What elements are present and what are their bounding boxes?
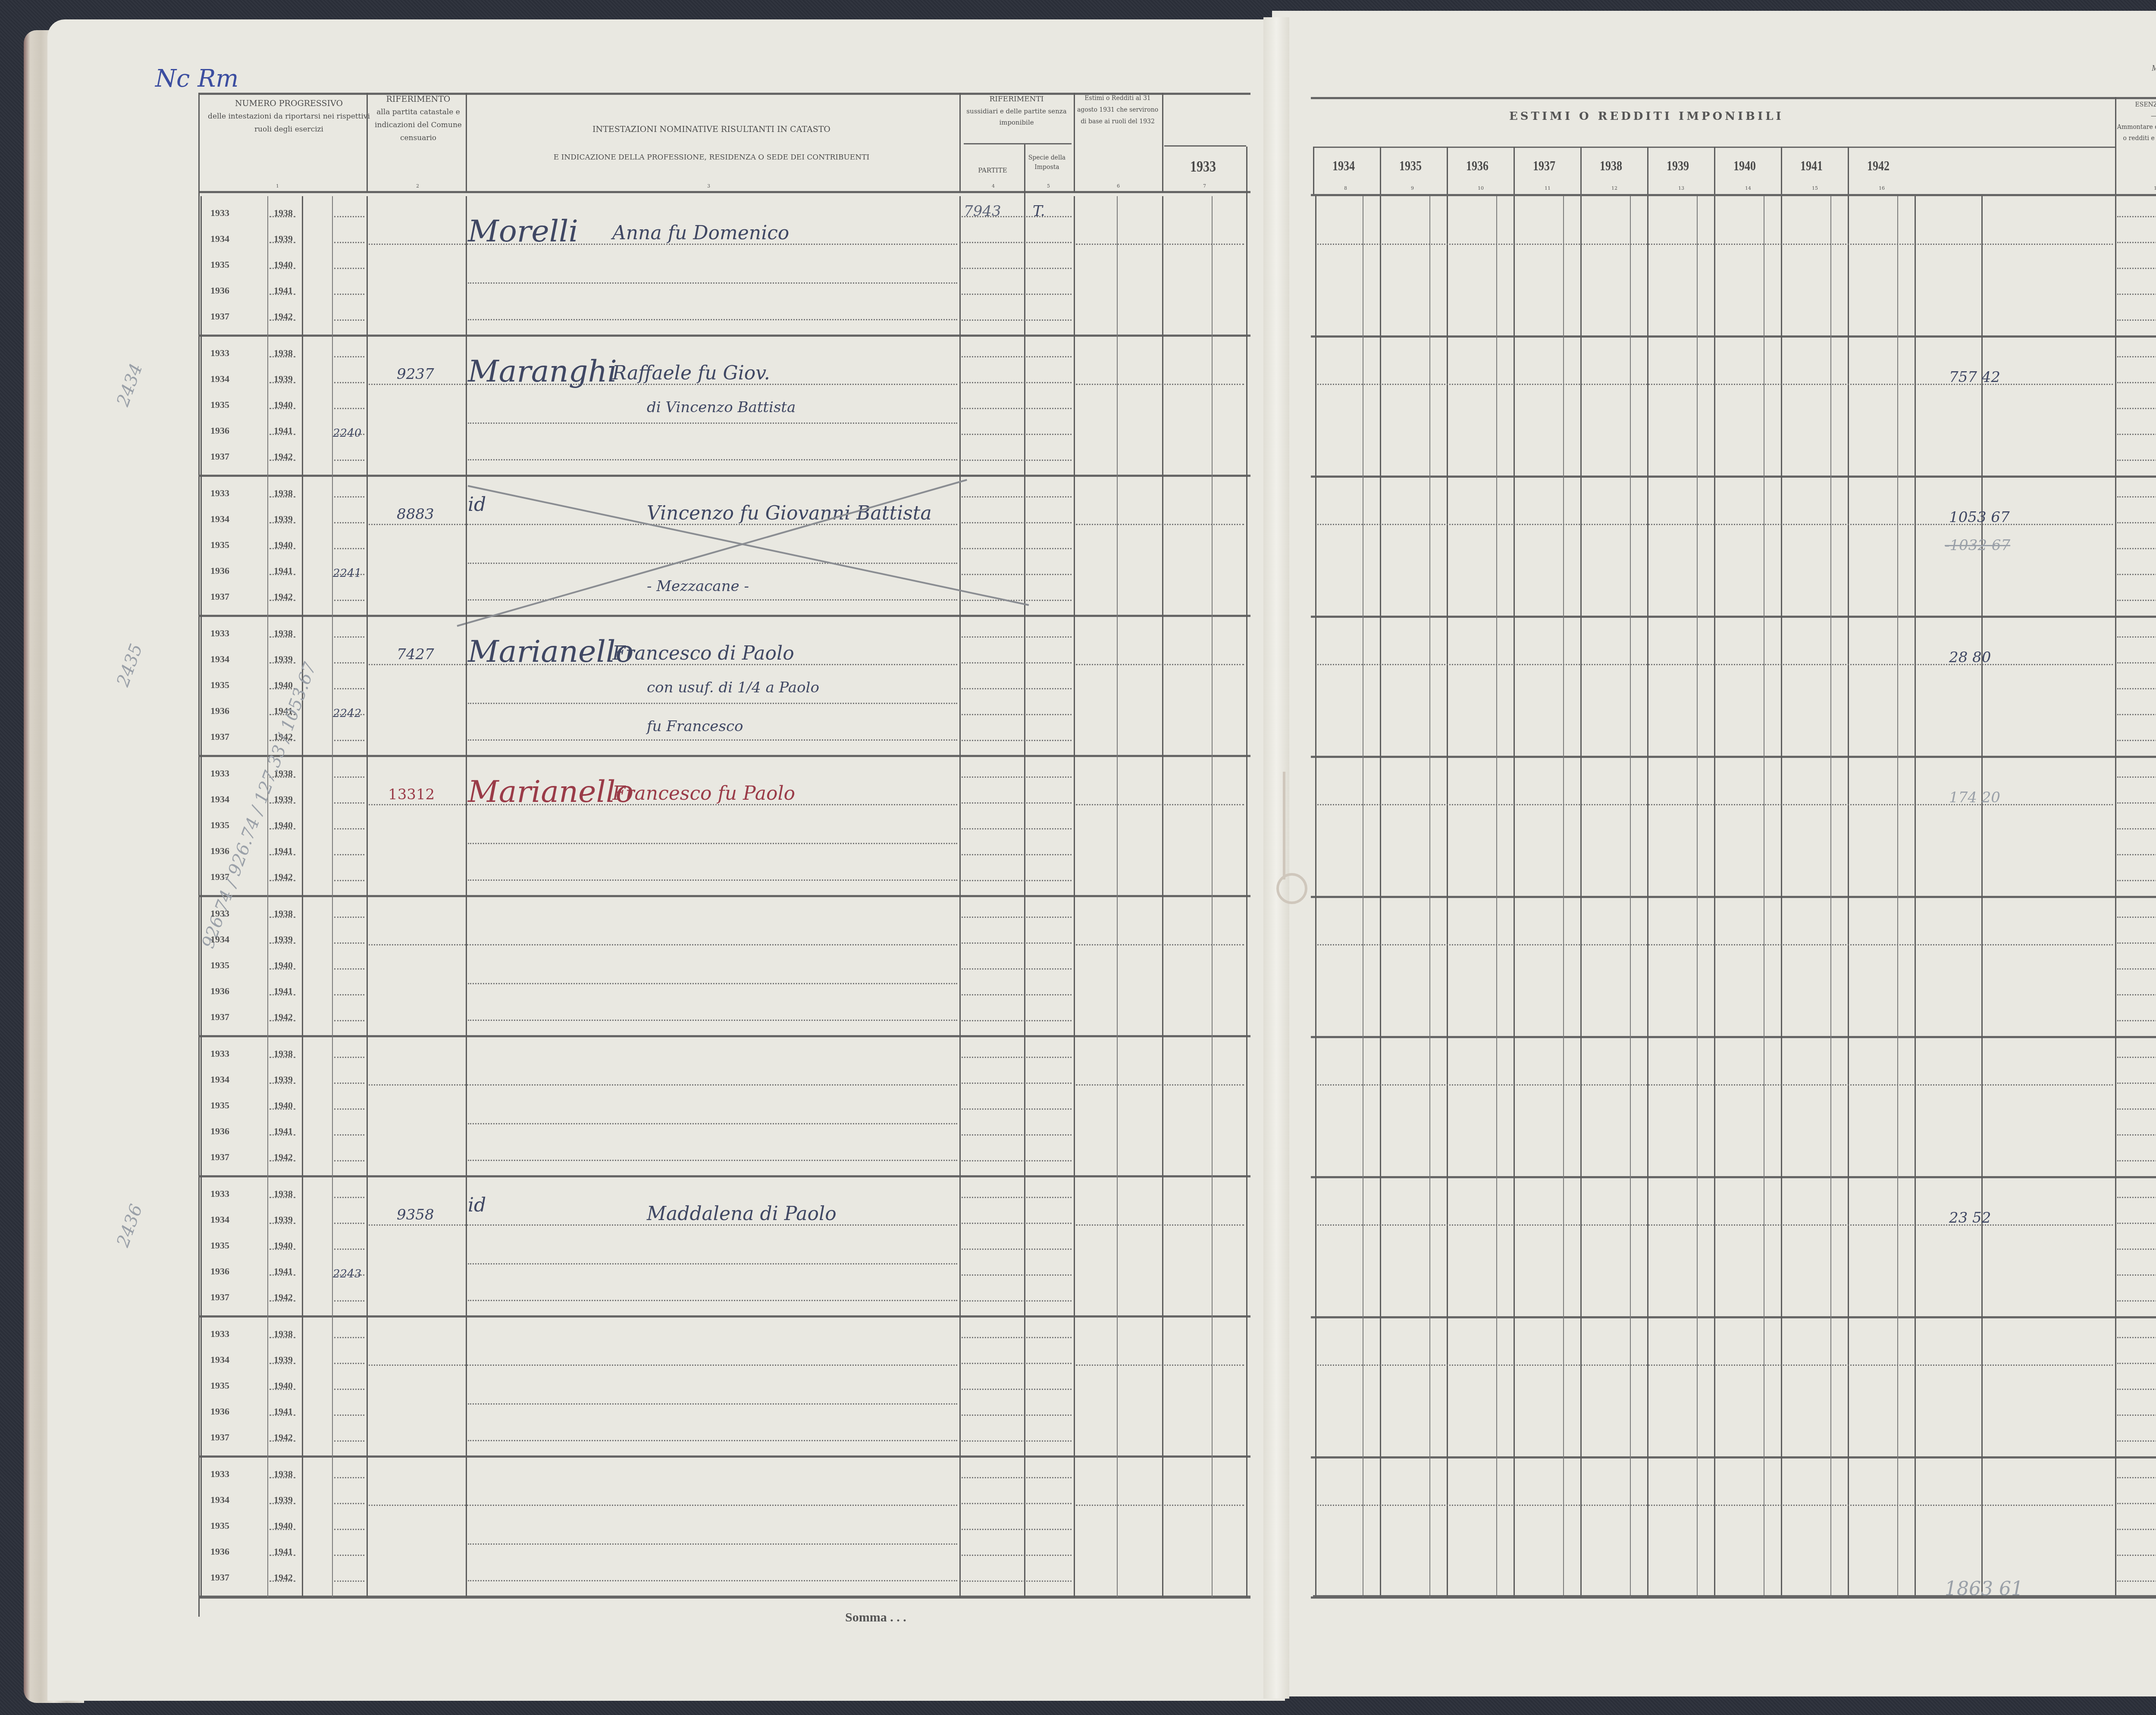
dotted-rule [1076,244,1244,245]
grid-subcol-line [1429,336,1430,476]
dotted-rule [334,1529,364,1530]
dotted-rule [962,408,1072,409]
progressive-number-note: 2242 [333,707,361,720]
grid-col-line [1162,1177,1163,1317]
grid-col-line [1848,897,1849,1037]
grid-col-line [1714,757,1715,897]
year-col-divider [1647,147,1648,194]
dotted-rule [468,599,957,601]
year-label: 1933 [210,1048,229,1059]
dotted-rule [2117,994,2156,995]
year-label: 1936 [210,1546,229,1557]
grid-col-line [1981,336,1983,476]
dotted-rule [1076,664,1244,665]
grid-col-line [1714,196,1715,336]
col45-header: RIFERIMENTI sussidiari e delle partite s… [962,93,1072,128]
year-col-divider [1380,147,1381,194]
grid-col-line [367,1177,368,1317]
dotted-rule [269,1415,295,1416]
year-label: 1937 [210,1292,229,1303]
grid-col-line [2115,196,2116,336]
progressive-number-note: 2241 [333,567,361,580]
grid-col-line [1981,196,1983,336]
grid-col-line [1447,1457,1448,1597]
dotted-rule [334,1134,364,1136]
dotted-rule [962,1555,1072,1556]
grid-subcol-line [1496,1457,1497,1597]
grid-col-line [1315,757,1316,897]
dotted-rule [269,854,295,855]
grid-col-line [1447,1177,1448,1317]
grid-subcol-line [1429,1037,1430,1177]
entry-separator-right [1311,616,2156,618]
grid-col-line [466,1177,467,1317]
grid-col-line [302,1177,303,1317]
column-number: 8 [1344,185,1347,191]
grid-subcol-line [1117,336,1118,476]
grid-col-line [1647,1037,1648,1177]
grid-subcol-line [1496,1177,1497,1317]
grid-col-line [1580,336,1582,476]
dotted-rule [334,460,364,461]
dotted-rule [334,1057,364,1058]
dotted-rule [269,548,295,549]
grid-col-line [959,1317,961,1457]
year-label: 1935 [210,960,229,971]
grid-col-line [1514,476,1515,617]
year-label: 1933 [210,488,229,499]
grid-col-line [1848,336,1849,476]
grid-subcol-line [1830,1457,1831,1597]
dotted-rule [334,242,364,243]
grid-col-line [959,1177,961,1317]
grid-col-line [1848,757,1849,897]
year-label: 1934 [210,654,229,665]
grid-col-line [1714,897,1715,1037]
grid-subcol-line [1897,897,1898,1037]
year-label: 1933 [210,1468,229,1480]
binding-thread-loop [1276,873,1307,904]
dotted-rule [962,828,1072,829]
grid-subcol-line [1697,617,1698,757]
given-name: Raffaele fu Giov. [612,362,770,384]
dotted-rule [468,422,957,424]
column-number: 13 [1678,185,1684,191]
grid-col-line [367,336,368,476]
dotted-rule [269,600,295,601]
grid-col-line [1647,1457,1648,1597]
grid-col-line [1848,1177,1849,1317]
grid-col-line [1162,1037,1163,1177]
grid-subcol-line [1764,1177,1764,1317]
year-label: 1935 [210,259,229,270]
somma-line-right [1313,1595,2156,1596]
grid-subcol-line [1363,196,1363,336]
year-label: 1934 [210,233,229,244]
dotted-rule [1076,1505,1244,1506]
dotted-rule [2117,434,2156,435]
dotted-rule [468,1403,957,1405]
grid-col-line [959,897,961,1037]
grid-col-line [1714,1457,1715,1597]
dotted-rule [2117,1529,2156,1530]
grid-subcol-line [1363,1177,1363,1317]
col2-subtitle: alla partita catastale e indicazioni del… [371,106,466,144]
grid-col-line [201,1457,202,1597]
grid-col-line [1246,1037,1247,1177]
grid-subcol-line [1496,476,1497,617]
grid-col-line [267,476,268,617]
dotted-rule [269,1197,295,1198]
entry-detail-line: - Mezzacane - [647,578,749,595]
dotted-rule [2117,917,2156,918]
dotted-rule [2117,1440,2156,1442]
dotted-rule [2117,1057,2156,1058]
grid-col-line [1246,196,1247,336]
grid-col-line [1246,1457,1247,1597]
dotted-rule [962,662,1072,663]
dotted-rule [269,242,295,243]
dotted-rule [962,1160,1072,1161]
year-label: 1936 [210,845,229,857]
grid-col-line [959,1457,961,1597]
dotted-rule [962,1134,1072,1136]
grid-subcol-line [1697,1317,1698,1457]
dotted-rule [2117,1415,2156,1416]
dotted-rule [962,1580,1072,1582]
grid-col-line [302,1457,303,1597]
entry-separator-right [1311,1316,2156,1318]
grid-subcol-line [1630,617,1631,757]
grid-col-line [466,757,467,897]
dotted-rule [2117,1249,2156,1250]
dotted-rule [962,854,1072,855]
dotted-rule [2117,319,2156,321]
dotted-rule [962,740,1072,741]
col6-label: Estimi o Redditi al 31 agosto 1931 che s… [1075,93,1161,128]
grid-col-line [201,617,202,757]
grid-col-line [1915,1457,1916,1597]
entry-separator-right [1311,335,2156,338]
grid-subcol-line [1897,757,1898,897]
column-number: 5 [1047,183,1050,189]
dotted-rule [1317,244,2113,245]
grid-col-line [1580,617,1582,757]
dotted-rule [2117,942,2156,944]
dotted-rule [334,1337,364,1338]
grid-col-line [1514,1457,1515,1597]
grid-subcol-line [1117,897,1118,1037]
grid-col-line [1074,1037,1075,1177]
grid-col-line [1781,1037,1782,1177]
grid-col-line [1647,336,1648,476]
dotted-rule [962,1223,1072,1224]
grid-subcol-line [1697,196,1698,336]
grid-col-line [1074,196,1075,336]
dotted-rule [2117,1477,2156,1478]
grid-col-line [201,1177,202,1317]
year-label: 1935 [210,820,229,831]
dotted-rule [468,459,957,460]
year-header-1934: 1934 [1332,158,1355,174]
somma-1941-value: 1863 61 [1945,1578,2023,1600]
grid-subcol-line [1563,757,1564,897]
grid-col-line [1315,1317,1316,1457]
year-label: 1934 [210,1354,229,1365]
dotted-rule [1076,1224,1244,1226]
grid-col-line [1848,1317,1849,1457]
grid-col-line [1162,757,1163,897]
form-top-border-right [1311,97,2156,99]
grid-col-line [1915,1317,1916,1457]
grid-subcol-line [1363,1317,1363,1457]
grid-col-line [1981,1457,1983,1597]
dotted-rule [334,496,364,498]
dotted-rule [962,319,1072,321]
dotted-rule [2117,828,2156,829]
grid-col-line [1580,897,1582,1037]
grid-subcol-line [1697,1177,1698,1317]
grid-subcol-line [1764,196,1764,336]
grid-col-line [367,897,368,1037]
dotted-rule [334,828,364,829]
grid-col-line [302,1317,303,1457]
somma-line [198,1597,1250,1599]
dotted-rule [468,1263,957,1264]
grid-subcol-line [1212,476,1213,617]
dotted-rule [269,1529,295,1530]
dotted-rule [1317,1505,2113,1506]
col3-subtitle: E INDICAZIONE DELLA PROFESSIONE, RESIDEN… [470,151,953,164]
column-number: 3 [707,183,710,189]
grid-col-line [332,1037,333,1177]
grid-col-line [332,1177,333,1317]
dotted-rule [269,382,295,383]
grid-col-line [1714,1177,1715,1317]
dotted-rule [2117,1134,2156,1136]
grid-col-line [302,476,303,617]
grid-col-line [201,1037,202,1177]
grid-col-line [1447,336,1448,476]
column-number: 1 [276,183,279,189]
grid-col-line [1714,617,1715,757]
dotted-rule [369,944,957,945]
grid-col-line [1380,196,1381,336]
grid-col-line [332,1457,333,1597]
grid-subcol-line [1830,897,1831,1037]
grid-col-line [1514,1037,1515,1177]
col17-title: ESENZIONI [2115,99,2156,110]
column-number: 14 [1745,185,1751,191]
grid-col-line [1981,757,1983,897]
dotted-rule [962,688,1072,689]
grid-subcol-line [1496,1317,1497,1457]
year-label: 1937 [210,1432,229,1443]
grid-subcol-line [1212,1177,1213,1317]
dotted-rule [269,1083,295,1084]
grid-col-line [302,897,303,1037]
grid-col-line [466,617,467,757]
dotted-rule [334,1197,364,1198]
grid-subcol-line [1429,1317,1430,1457]
grid-subcol-line [1429,757,1430,897]
year-label: 1937 [210,1152,229,1163]
dotted-rule [2117,776,2156,778]
dotted-rule [962,434,1072,435]
grid-subcol-line [1897,1177,1898,1317]
dotted-rule [334,740,364,741]
grid-col-line [1915,336,1916,476]
grid-col-line [1647,196,1648,336]
grid-subcol-line [1764,1457,1764,1597]
dotted-rule [269,1580,295,1582]
grid-col-line [1246,476,1247,617]
year-label: 1937 [210,451,229,462]
surname: Marianello [468,774,633,809]
dotted-rule [468,983,957,984]
dotted-rule [269,408,295,409]
dotted-rule [468,282,957,284]
grid-subcol-line [1117,476,1118,617]
grid-col-line [201,196,202,336]
dotted-rule [269,434,295,435]
grid-col-line [1162,336,1163,476]
grid-col-line [332,617,333,757]
grid-col-line [332,196,333,336]
year-label: 1937 [210,731,229,742]
dotted-rule [962,548,1072,549]
year-label: 1933 [210,768,229,779]
grid-subcol-line [1697,476,1698,617]
grid-col-line [367,1317,368,1457]
catasto-reference: 13312 [388,786,435,803]
col1-subtitle: delle intestazioni da riportarsi nei ris… [207,110,371,136]
dotted-rule [2117,1503,2156,1504]
grid-subcol-line [1897,617,1898,757]
year-label: 1933 [210,347,229,359]
dotted-rule [2117,460,2156,461]
grid-subcol-line [1117,617,1118,757]
dotted-rule [2117,802,2156,804]
entry-separator [198,335,1250,337]
estimo-1941-value: 28 80 [1949,649,1991,666]
grid-col-line [1074,336,1075,476]
grid-col-line [1380,757,1381,897]
dotted-rule [2117,1020,2156,1021]
grid-subcol-line [1496,196,1497,336]
grid-subcol-line [1897,1457,1898,1597]
dotted-rule [269,496,295,498]
entry-separator-right [1311,896,2156,898]
grid-col-line [1647,1317,1648,1457]
dotted-rule [1076,944,1244,945]
grid-col-line [1074,1177,1075,1317]
grid-col-line [1647,1177,1648,1317]
grid-subcol-line [1363,336,1363,476]
grid-col-line [1915,897,1916,1037]
grid-col-line [367,757,368,897]
grid-col-line [959,336,961,476]
dotted-rule [962,917,1072,918]
year-label: 1934 [210,1494,229,1505]
dotted-rule [2117,662,2156,663]
dotted-rule [962,242,1072,243]
grid-col-line [1647,476,1648,617]
entry-detail-line: con usuf. di 1/4 a Paolo [647,679,819,696]
grid-subcol-line [1117,1037,1118,1177]
entry-detail-line: fu Francesco [647,718,743,735]
grid-col-line [267,1177,268,1317]
grid-col-line [332,476,333,617]
grid-col-line [2115,617,2116,757]
grid-subcol-line [1496,617,1497,757]
dotted-rule [334,802,364,804]
year-col-divider [1714,147,1715,194]
grid-col-line [2115,757,2116,897]
dotted-rule [334,880,364,881]
entry-separator-right [1311,1456,2156,1458]
dotted-rule [2117,356,2156,357]
dotted-rule [269,1440,295,1442]
grid-subcol-line [1764,1317,1764,1457]
grid-subcol-line [1363,1457,1363,1597]
grid-col-line [201,476,202,617]
grid-subcol-line [1630,476,1631,617]
surname: id [468,1194,486,1216]
dotted-rule [2117,1337,2156,1338]
grid-col-line [1514,757,1515,897]
grid-subcol-line [1212,757,1213,897]
grid-subcol-line [1830,196,1831,336]
entry-separator [198,755,1250,757]
dotted-rule [269,880,295,881]
grid-col-line [367,476,368,617]
dotted-rule [2117,1389,2156,1390]
entry-separator [198,615,1250,617]
grid-col-line [332,897,333,1037]
dotted-rule [334,1363,364,1364]
grid-col-line [1447,617,1448,757]
grid-col-line [1981,1177,1983,1317]
dotted-rule [269,662,295,663]
grid-subcol-line [1897,1317,1898,1457]
grid-subcol-line [1429,897,1430,1037]
dotted-rule [2117,216,2156,217]
grid-col-line [2115,336,2116,476]
grid-subcol-line [1697,757,1698,897]
dotted-rule [334,854,364,855]
grid-col-line [1848,617,1849,757]
grid-col-line [1315,1177,1316,1317]
grid-col-line [1981,897,1983,1037]
dotted-rule [269,1108,295,1110]
grid-subcol-line [1117,1317,1118,1457]
grid-col-line [1647,757,1648,897]
grid-col-line [1315,1037,1316,1177]
dotted-rule [269,1274,295,1276]
grid-col-line [1781,897,1782,1037]
given-name: Francesco fu Paolo [612,782,795,804]
dotted-rule [962,1363,1072,1364]
grid-subcol-line [1496,897,1497,1037]
dotted-rule [269,1389,295,1390]
grid-col-line [1580,1177,1582,1317]
grid-col-line [367,617,368,757]
catasto-reference: 9237 [397,366,434,383]
grid-subcol-line [1496,336,1497,476]
left-outer-border [198,93,200,1617]
grid-col-line [1162,196,1163,336]
